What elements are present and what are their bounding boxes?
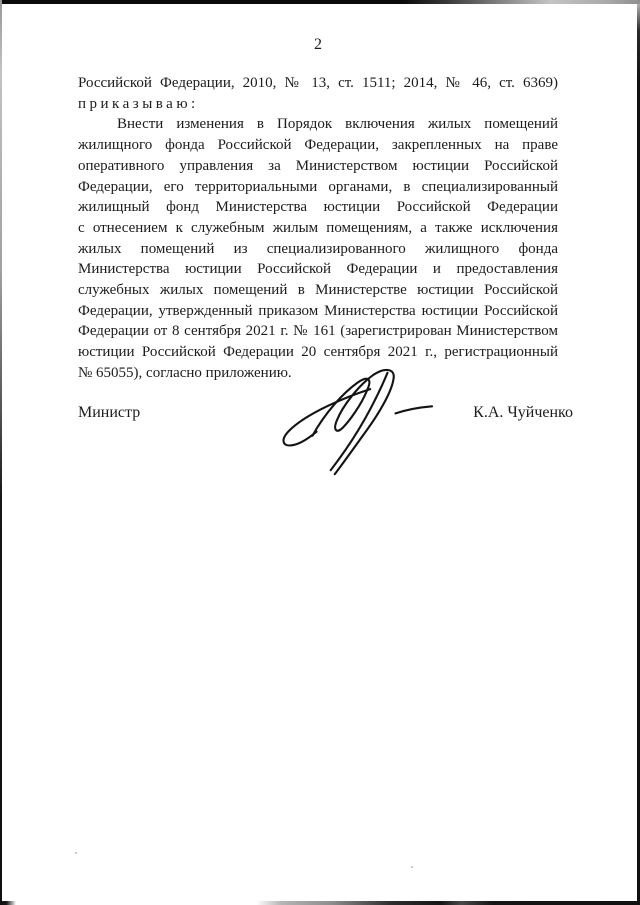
document-body: Российской Федерации, 2010, № 13, ст. 15… [78, 73, 558, 384]
paragraph-line: жилищного фонда Российской Федерации, за… [78, 135, 558, 156]
paragraph-line: Федерации, его территориальными органами… [78, 177, 558, 198]
minister-title: Министр [78, 404, 140, 422]
scan-edge-bottom [0, 901, 640, 905]
paragraph-line: Федерации от 8 сентября 2021 г. № 161 (з… [78, 321, 558, 342]
page-number: 2 [78, 36, 558, 54]
scan-speck [75, 852, 77, 854]
minister-signature-icon [272, 362, 434, 480]
paragraph-line: жилищный фонд Министерства юстиции Росси… [78, 197, 558, 218]
paragraph-line: с отнесением к служебным жилым помещения… [78, 218, 558, 239]
paragraph-line: Федерации, утвержденный приказом Министе… [78, 301, 558, 322]
scan-edge-left [0, 0, 2, 905]
paragraph-line: юстиции Российской Федерации 20 сентября… [78, 342, 558, 363]
paragraph-line: Внести изменения в Порядок включения жил… [78, 114, 558, 135]
scan-edge-top [0, 0, 640, 4]
paragraph-line: оперативного управления за Министерством… [78, 156, 558, 177]
scan-speck [411, 866, 413, 868]
continuation-line: Российской Федерации, 2010, № 13, ст. 15… [78, 73, 558, 94]
document-page: 2 Российской Федерации, 2010, № 13, ст. … [0, 0, 640, 905]
signer-name: К.А. Чуйченко [473, 404, 573, 422]
paragraph-line: жилых помещений из специализированного ж… [78, 239, 558, 260]
paragraph-line: служебных жилых помещений в Министерстве… [78, 280, 558, 301]
paragraph-line: Министерства юстиции Российской Федераци… [78, 259, 558, 280]
order-keyword: приказываю: [78, 94, 558, 115]
